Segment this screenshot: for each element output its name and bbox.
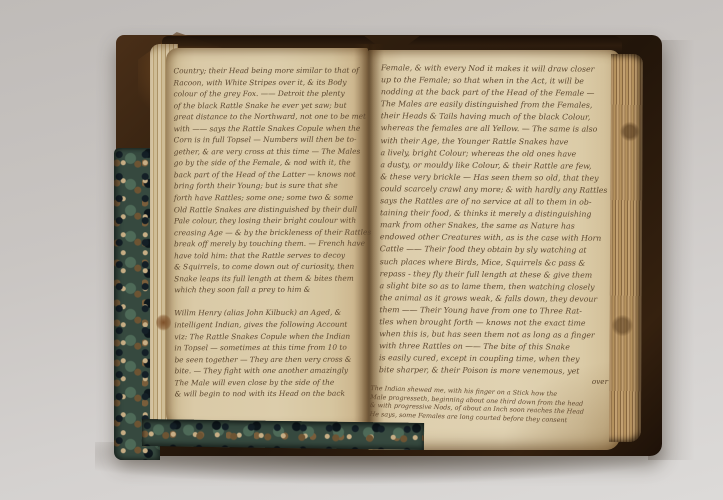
manuscript-line: & Squirrels, to come down out of curiosi…: [174, 261, 362, 273]
manuscript-line: of the black Rattle Snake he ever yet sa…: [174, 99, 362, 111]
manuscript-line: Snake leaps its full length at them & bi…: [174, 273, 362, 285]
manuscript-line: whereas the females are all Yellow. — Th…: [381, 123, 611, 137]
photo-of-open-manuscript-book: Country; their Head being more similar t…: [0, 0, 723, 500]
manuscript-line: in Topsel — sometimes at this time from …: [174, 342, 362, 354]
manuscript-line: intelligent Indian, gives the following …: [174, 319, 362, 331]
manuscript-line: viz: The Rattle Snakes Copule when the I…: [174, 330, 362, 342]
manuscript-line: Racoon, with White Stripes over it, & it…: [173, 76, 361, 88]
manuscript-line: Old Rattle Snakes are distinguished by t…: [174, 203, 362, 215]
manuscript-line: great distance to the Northward, not one…: [174, 111, 362, 123]
manuscript-line: forth have Rattles; some one; some two &…: [174, 192, 362, 204]
marbled-board-edge-bottom: [142, 419, 424, 450]
manuscript-line: which they soon fall a prey to him &: [174, 284, 362, 296]
fore-edge-page-block: [609, 54, 643, 442]
manuscript-line: go by the side of the Female, & nod with…: [174, 157, 362, 169]
manuscript-line: Corn is in full Topsel — Numbers will th…: [174, 134, 362, 146]
open-book: Country; their Head being more similar t…: [112, 30, 664, 462]
manuscript-line: bite. — They fight with one another amaz…: [174, 365, 362, 377]
manuscript-line: The Male will even close by the side of …: [175, 376, 363, 388]
manuscript-line: break off merely by touching them. — Fre…: [174, 238, 362, 250]
ink-stain: [156, 314, 171, 331]
manuscript-line: gether, & are very cross at this time — …: [174, 146, 362, 158]
manuscript-line: Country; their Head being more similar t…: [173, 65, 361, 77]
manuscript-line: bring forth their Young; but is sure tha…: [174, 180, 362, 192]
manuscript-line: colour of the grey Fox. —— Detroit the p…: [173, 88, 361, 100]
manuscript-line: with their Age, the Younger Rattle Snake…: [381, 135, 611, 149]
manuscript-line: back part of the Head of the Latter — kn…: [174, 169, 362, 181]
manuscript-line: such places where Birds, Mice, Squirrels…: [380, 256, 610, 270]
manuscript-line: creasing Age — & by the brickleness of t…: [174, 226, 362, 238]
manuscript-line: with —— says the Rattle Snakes Copule wh…: [174, 122, 362, 134]
manuscript-line: Cattle —— Their food they obtain by sly …: [380, 244, 610, 258]
catchword: over: [550, 377, 608, 386]
manuscript-line: & will begin to nod with its Head on the…: [175, 388, 363, 400]
left-page-text: Country; their Head being more similar t…: [173, 65, 362, 401]
manuscript-line: Willm Henry (alias John Kilbuck) an Aged…: [174, 307, 362, 319]
manuscript-line: [174, 296, 362, 308]
manuscript-line: have told him: that the Rattle serves to…: [174, 249, 362, 261]
manuscript-line: be seen together — They are then very cr…: [174, 353, 362, 365]
right-page-text: Female, & with every Nod it makes it wil…: [379, 62, 611, 378]
manuscript-line: Pale colour, they losing their bright co…: [174, 215, 362, 227]
